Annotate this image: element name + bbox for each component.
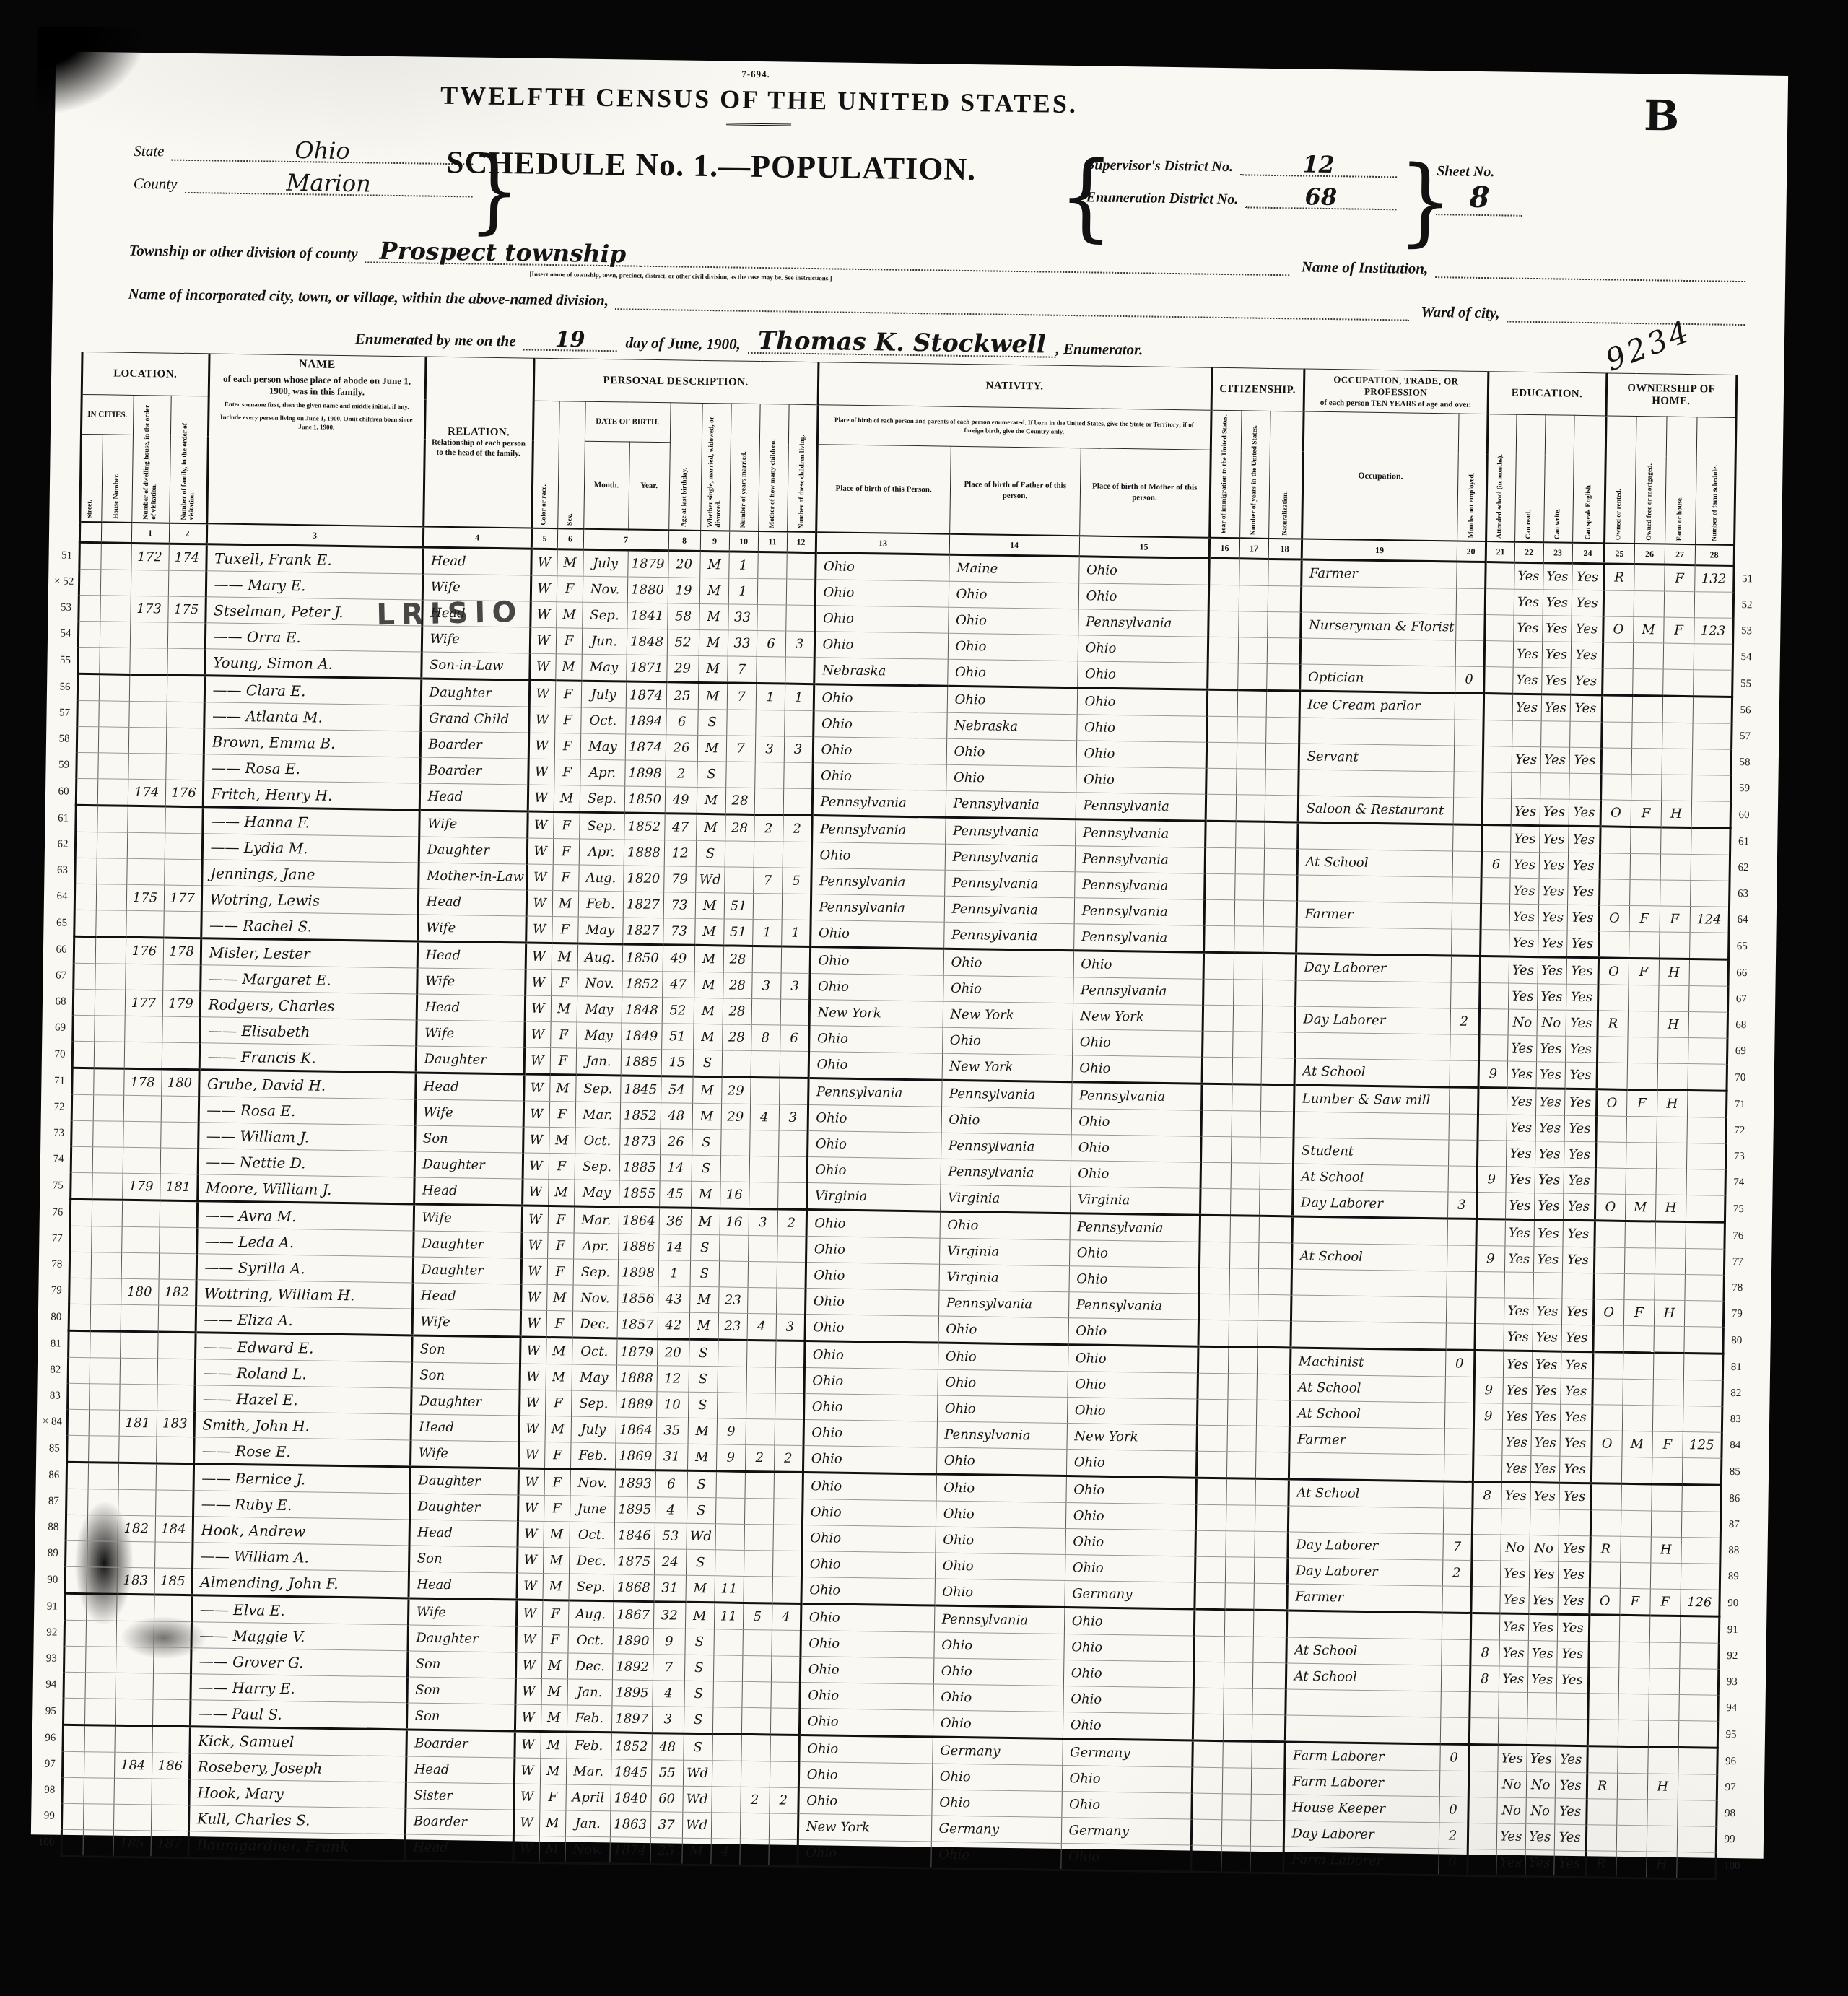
cell-rel: Daughter [410, 1467, 519, 1495]
cell-nat [1260, 1137, 1294, 1164]
cell-fh: F [1649, 1589, 1681, 1616]
cell-yr: 1898 [618, 1260, 658, 1286]
cell-yr: 1863 [610, 1811, 650, 1838]
cell-m: S [684, 1655, 713, 1681]
cell-hn [87, 1541, 117, 1568]
cell-pb: Ohio [809, 974, 943, 1002]
cell-cl [771, 1630, 801, 1657]
cell-fs: 124 [1690, 907, 1729, 933]
cell-rel: Wife [408, 1598, 517, 1626]
cell-st [79, 569, 100, 595]
cell-om [1618, 1720, 1649, 1747]
cell-ym: 7 [727, 683, 757, 710]
cell-rel: Head [409, 1520, 518, 1547]
cell-c: W [525, 969, 551, 995]
line-number-right: 72 [1726, 1117, 1755, 1144]
cell-om [1620, 1536, 1650, 1563]
cell-dw [114, 1725, 152, 1753]
cell-pm: Pennsylvania [1068, 1292, 1198, 1320]
cell-name: Young, Simon A. [204, 649, 421, 679]
cell-mo: Sep. [575, 1154, 619, 1180]
cell-fh [1660, 827, 1691, 855]
cell-rel: Head [422, 547, 531, 575]
cell-pf: Virginia [940, 1185, 1070, 1213]
cell-pm: Ohio [1062, 1766, 1192, 1794]
cell-om: F [1619, 1588, 1650, 1616]
cell-pm: Ohio [1067, 1398, 1197, 1426]
cell-fh [1652, 1457, 1683, 1485]
cell-om [1625, 1221, 1656, 1248]
cell-mo: Aug. [578, 865, 623, 892]
cell-ym: 9 [717, 1418, 746, 1445]
cell-fam [153, 1673, 191, 1700]
cell-sch [1470, 1586, 1500, 1613]
cell-st [65, 1566, 87, 1593]
cell-hn [88, 1463, 119, 1490]
line-number-right: 66 [1728, 959, 1758, 987]
cell-ym: 51 [724, 893, 753, 920]
cell-st [72, 1041, 95, 1068]
cell-hn [97, 832, 127, 859]
cell-occ [1286, 1611, 1442, 1639]
cell-mu [1448, 1140, 1477, 1167]
state-label: State [134, 142, 164, 161]
cell-s: M [557, 549, 583, 576]
cell-age: 10 [656, 1392, 688, 1418]
cell-dw [121, 1304, 159, 1332]
cell-occ [1292, 1216, 1447, 1245]
cell-rd: Yes [1512, 694, 1542, 721]
cell-pb: Ohio [808, 1026, 942, 1054]
cell-cl: 3 [779, 1104, 808, 1131]
cell-occ: At School [1294, 1058, 1450, 1087]
cell-pf: Ohio [938, 1316, 1068, 1345]
line-number-right: 89 [1720, 1564, 1748, 1590]
col-age: Age at last birthday. [668, 403, 702, 531]
cell-mu [1443, 1508, 1472, 1535]
cell-wr: Yes [1527, 1667, 1556, 1694]
cell-m: S [689, 1339, 718, 1367]
cell-name: Baumgardner, Frank [188, 1831, 404, 1861]
cell-c: W [514, 1758, 540, 1784]
cell-mo: Sep. [579, 812, 624, 840]
column-number: 18 [1268, 539, 1302, 559]
cell-age: 54 [661, 1076, 693, 1104]
cell-own [1587, 1694, 1618, 1720]
cell-m: M [698, 682, 728, 710]
cell-om: F [1629, 958, 1660, 985]
cell-rel: Daughter [421, 679, 530, 707]
cell-occ: Day Laborer [1283, 1821, 1439, 1849]
cell-age: 29 [666, 655, 699, 683]
cell-fam [166, 702, 204, 728]
cell-rd: Yes [1501, 1482, 1530, 1509]
cell-c: W [521, 1232, 547, 1258]
cell-fam [154, 1621, 192, 1648]
cell-age: 58 [667, 603, 699, 630]
cell-en: Yes [1569, 747, 1602, 774]
cell-en: Yes [1571, 642, 1603, 668]
cell-cl [785, 605, 815, 632]
cell-ym [715, 1550, 744, 1577]
col-color: Color or race. [531, 401, 559, 528]
cell-ym: 7 [726, 736, 755, 762]
cell-name: —— Edward E. [195, 1333, 411, 1362]
cell-c: W [520, 1364, 546, 1390]
cell-cl [780, 999, 810, 1026]
cell-mu [1453, 772, 1482, 798]
cell-ym: 4 [710, 1839, 740, 1866]
cell-fs [1693, 670, 1732, 697]
cell-own [1592, 1352, 1623, 1380]
cell-occ: Optician [1299, 664, 1455, 693]
cell-m: S [697, 761, 725, 788]
cell-st [73, 963, 95, 989]
cell-pb: Pennsylvania [811, 868, 944, 897]
cell-iy [1206, 742, 1237, 769]
line-number-left: 71 [47, 1068, 72, 1094]
cell-nat [1259, 1189, 1293, 1216]
cell-ym [718, 1340, 747, 1367]
cell-mu: 2 [1450, 1008, 1479, 1035]
cell-occ [1289, 1452, 1444, 1481]
cell-pf: Pennsylvania [941, 1133, 1071, 1161]
cell-yr: 1871 [626, 655, 667, 682]
line-number-left: 57 [52, 700, 77, 726]
cell-pm: Pennsylvania [1074, 898, 1204, 926]
cell-cl [783, 788, 813, 816]
cell-st [75, 805, 97, 832]
line-number-left: 88 [41, 1515, 66, 1540]
cell-age: 26 [666, 735, 697, 762]
cell-s: F [542, 1600, 569, 1626]
cell-nat [1261, 1058, 1295, 1085]
cell-ym: 29 [721, 1077, 751, 1104]
cell-iy [1201, 1110, 1232, 1137]
name-desc: of each person whose place of abode on J… [219, 373, 414, 398]
cell-age: 73 [663, 918, 695, 946]
cell-pb: Ohio [803, 1420, 937, 1448]
cell-yu [1239, 585, 1268, 612]
cell-pm: Pennsylvania [1078, 609, 1208, 637]
cell-en: Yes [1559, 1456, 1592, 1483]
cell-en: Yes [1566, 957, 1599, 985]
cell-om: F [1623, 1299, 1654, 1326]
cell-fs [1693, 697, 1732, 724]
cell-c: W [519, 1416, 545, 1442]
cell-pb: Ohio [814, 606, 948, 634]
cell-age: 4 [655, 1497, 687, 1524]
cell-occ [1299, 718, 1454, 746]
cell-pm: Ohio [1068, 1372, 1198, 1400]
line-number-left: 86 [42, 1462, 67, 1489]
cell-nat [1257, 1347, 1291, 1374]
cell-s: F [555, 681, 582, 707]
cell-cb [741, 1734, 770, 1761]
cell-s: M [539, 1836, 565, 1862]
cell-mo: Dec. [567, 1653, 612, 1680]
cell-mo: Nov. [565, 1836, 610, 1864]
cell-mu [1452, 903, 1481, 930]
cell-wr: Yes [1525, 1824, 1554, 1851]
cell-st [71, 1146, 92, 1172]
cell-fam [157, 1332, 196, 1359]
cell-fs [1692, 749, 1731, 776]
cell-c: W [517, 1573, 544, 1600]
cell-pf: Ohio [935, 1579, 1065, 1608]
cell-pm: Ohio [1063, 1686, 1193, 1714]
name-title: NAME [210, 357, 424, 372]
census-scan-page: { "page": { "form_number": "7-694.", "sh… [0, 0, 1848, 1996]
cell-pf: Ohio [941, 1107, 1071, 1135]
cell-own: O [1600, 800, 1631, 827]
cell-en: Yes [1560, 1430, 1592, 1457]
cell-yr: 1888 [624, 840, 664, 866]
cell-pm: Ohio [1064, 1608, 1194, 1637]
cell-pb: Ohio [800, 1682, 933, 1710]
cell-cb: 8 [751, 1024, 780, 1051]
cell-dw [122, 1200, 160, 1227]
line-number-right: 73 [1725, 1143, 1754, 1170]
cell-name: —— Lydia M. [202, 834, 419, 863]
cell-occ [1294, 1032, 1450, 1060]
cell-ym: 1 [728, 552, 758, 579]
cell-cb [755, 710, 784, 736]
cell-c: W [530, 601, 556, 627]
cell-occ: Ice Cream parlor [1299, 691, 1455, 720]
cell-name: Misler, Lester [201, 938, 417, 968]
cell-pm: Ohio [1069, 1266, 1199, 1294]
left-gutter-head [55, 352, 82, 542]
cell-c: W [523, 1074, 550, 1101]
cell-dw [128, 701, 166, 728]
line-number-right: 83 [1722, 1406, 1751, 1433]
cell-occ [1300, 638, 1455, 666]
cell-hn [92, 1200, 123, 1227]
cell-occ: Farmer [1286, 1584, 1442, 1613]
cell-rel: Son [409, 1546, 517, 1573]
cell-yr: 1852 [620, 1102, 661, 1129]
name-note-2: Include every person living on June 1, 1… [217, 414, 417, 432]
cell-rd: Yes [1497, 1745, 1527, 1772]
cell-sch [1469, 1717, 1499, 1745]
cell-occ [1296, 927, 1451, 956]
col-house-number: House Number. [101, 435, 133, 523]
cell-nat [1251, 1741, 1285, 1769]
cell-rel: Head [415, 1073, 524, 1101]
cell-sch [1473, 1455, 1502, 1482]
cell-rd: Yes [1504, 1298, 1533, 1325]
cell-fam: 176 [165, 780, 204, 807]
cell-yr: 1820 [623, 866, 663, 892]
cell-mo: Feb. [578, 891, 623, 918]
cell-fh [1659, 932, 1690, 959]
col-years-married: Number of years married. [729, 404, 759, 531]
cell-yr: 1850 [622, 944, 663, 972]
cell-nat [1256, 1400, 1290, 1426]
cell-age: 47 [662, 972, 694, 998]
cell-rel: Boarder [405, 1808, 513, 1836]
cell-ym: 1 [728, 578, 757, 605]
cell-m: M [692, 1076, 722, 1104]
cell-mo: Dec. [572, 1311, 618, 1338]
cell-dw: 176 [126, 937, 164, 964]
cell-st [71, 1068, 94, 1094]
cell-m: S [693, 1050, 723, 1077]
cell-nat [1252, 1714, 1286, 1742]
cell-iy [1198, 1320, 1229, 1347]
cell-wr: Yes [1539, 826, 1569, 853]
col-farm-schedule-number: Number of farm schedule. [1695, 417, 1735, 545]
cell-mu [1440, 1691, 1469, 1718]
cell-ym [718, 1367, 746, 1393]
cell-mu [1440, 1717, 1470, 1745]
cell-mo: Apr. [573, 1233, 618, 1260]
cell-yu [1234, 874, 1263, 901]
cell-age: 48 [651, 1733, 684, 1761]
cell-name: Grube, David H. [199, 1070, 415, 1099]
cell-pb: Pennsylvania [812, 789, 946, 818]
cell-pm: Germany [1061, 1818, 1191, 1846]
cell-s: F [539, 1784, 565, 1810]
cell-mo: Oct. [572, 1338, 617, 1365]
cell-st [62, 1725, 84, 1751]
cell-c: W [531, 549, 557, 575]
cell-en: Yes [1566, 984, 1598, 1011]
cell-pb: Ohio [803, 1473, 936, 1502]
col-months-not-employed: Months not employed. [1457, 414, 1487, 541]
cell-dw: 182 [118, 1515, 155, 1542]
line-number-right: 96 [1717, 1748, 1746, 1775]
cell-hn [84, 1752, 114, 1779]
cell-pf: Ohio [940, 1211, 1070, 1240]
cell-om [1623, 1379, 1653, 1406]
cell-mo: May [576, 1022, 621, 1049]
cell-yr: 1893 [615, 1470, 656, 1497]
cell-rel: Grand Child [420, 705, 528, 733]
cell-occ: Student [1293, 1138, 1448, 1166]
cell-hn [87, 1567, 118, 1595]
cell-wr: Yes [1537, 984, 1566, 1011]
cell-yr: 1848 [622, 997, 662, 1024]
cell-pf: New York [942, 1053, 1072, 1082]
cell-mu [1456, 562, 1486, 589]
cell-ym [717, 1393, 746, 1419]
cell-s: M [544, 1521, 570, 1547]
line-number-left: 54 [53, 621, 78, 647]
cell-c: W [513, 1836, 539, 1862]
cell-name: —— Maggie V. [191, 1622, 408, 1651]
cell-cl [770, 1682, 800, 1709]
cell-pm: Ohio [1065, 1503, 1195, 1531]
cell-age: 12 [657, 1366, 689, 1393]
cell-ym [724, 867, 753, 894]
cell-age: 26 [660, 1129, 692, 1156]
cell-pb: Pennsylvania [808, 1078, 941, 1107]
cell-m: M [688, 1418, 717, 1444]
line-number-right: 93 [1718, 1669, 1747, 1696]
cell-om [1621, 1483, 1652, 1511]
cell-sch [1483, 746, 1512, 773]
cell-nat [1263, 926, 1296, 954]
cell-hn [97, 753, 128, 780]
cell-st [63, 1698, 85, 1725]
cell-st [61, 1803, 83, 1829]
cell-cb [744, 1498, 773, 1525]
column-number: 13 [816, 532, 949, 554]
cell-pf: Ohio [938, 1369, 1068, 1398]
cell-hn [89, 1410, 119, 1437]
cell-yr: 1890 [612, 1628, 653, 1655]
cell-fs [1687, 1117, 1726, 1144]
cell-mu [1442, 1613, 1471, 1640]
cell-om [1626, 1168, 1656, 1195]
cell-rd: Yes [1514, 562, 1543, 590]
cell-fam [162, 1016, 200, 1043]
cell-nat [1265, 743, 1299, 770]
cell-fam [167, 622, 206, 649]
cell-occ [1285, 1715, 1440, 1744]
cell-mo: Aug. [577, 943, 623, 971]
line-number-right: 75 [1725, 1195, 1754, 1223]
cell-mo: Aug. [568, 1600, 614, 1628]
cell-fam: 177 [164, 885, 202, 912]
cell-nat [1261, 1032, 1295, 1058]
cell-mu: 7 [1442, 1534, 1471, 1561]
cell-st [64, 1646, 85, 1672]
cell-name: —— Rose E. [193, 1437, 410, 1467]
cell-pb: Ohio [801, 1603, 934, 1632]
cell-wr [1540, 721, 1569, 748]
cell-cl [775, 1341, 805, 1368]
cell-fs [1678, 1694, 1717, 1721]
cell-c: W [516, 1626, 542, 1652]
occupation-subtitle: of each person TEN YEARS of age and over… [1304, 398, 1486, 410]
cell-dw [128, 727, 166, 754]
cell-nat [1250, 1794, 1284, 1821]
cell-pb: Pennsylvania [811, 894, 944, 923]
cell-nat [1268, 559, 1302, 586]
cell-mo: Feb. [566, 1732, 611, 1759]
cell-occ: House Keeper [1283, 1795, 1439, 1823]
cell-yu [1238, 637, 1267, 664]
column-number: 23 [1543, 542, 1572, 563]
cell-st [76, 778, 98, 805]
institution-label: Name of Institution, [1302, 258, 1429, 277]
cell-age: 20 [657, 1339, 689, 1367]
cell-own [1598, 931, 1629, 959]
cell-en: Yes [1560, 1404, 1592, 1431]
cell-rel: Son [407, 1651, 515, 1678]
cell-s: F [546, 1311, 573, 1338]
cell-en: Yes [1554, 1798, 1587, 1825]
cell-yr: 1873 [619, 1128, 660, 1155]
cell-pm: Ohio [1068, 1318, 1198, 1347]
cell-st [67, 1409, 89, 1435]
cell-wr: Yes [1527, 1641, 1556, 1668]
cell-m: S [684, 1707, 713, 1734]
line-number-left: 98 [37, 1777, 61, 1803]
cell-yr: 1874 [609, 1837, 650, 1865]
cell-own: R [1598, 1011, 1628, 1037]
cell-mu [1446, 1297, 1475, 1324]
cell-mu [1444, 1455, 1473, 1482]
cell-pb: Ohio [807, 1131, 941, 1159]
cell-yu [1223, 1714, 1252, 1742]
cell-cb [741, 1707, 771, 1735]
cell-fs [1688, 986, 1727, 1013]
cell-fs: 125 [1683, 1432, 1722, 1459]
